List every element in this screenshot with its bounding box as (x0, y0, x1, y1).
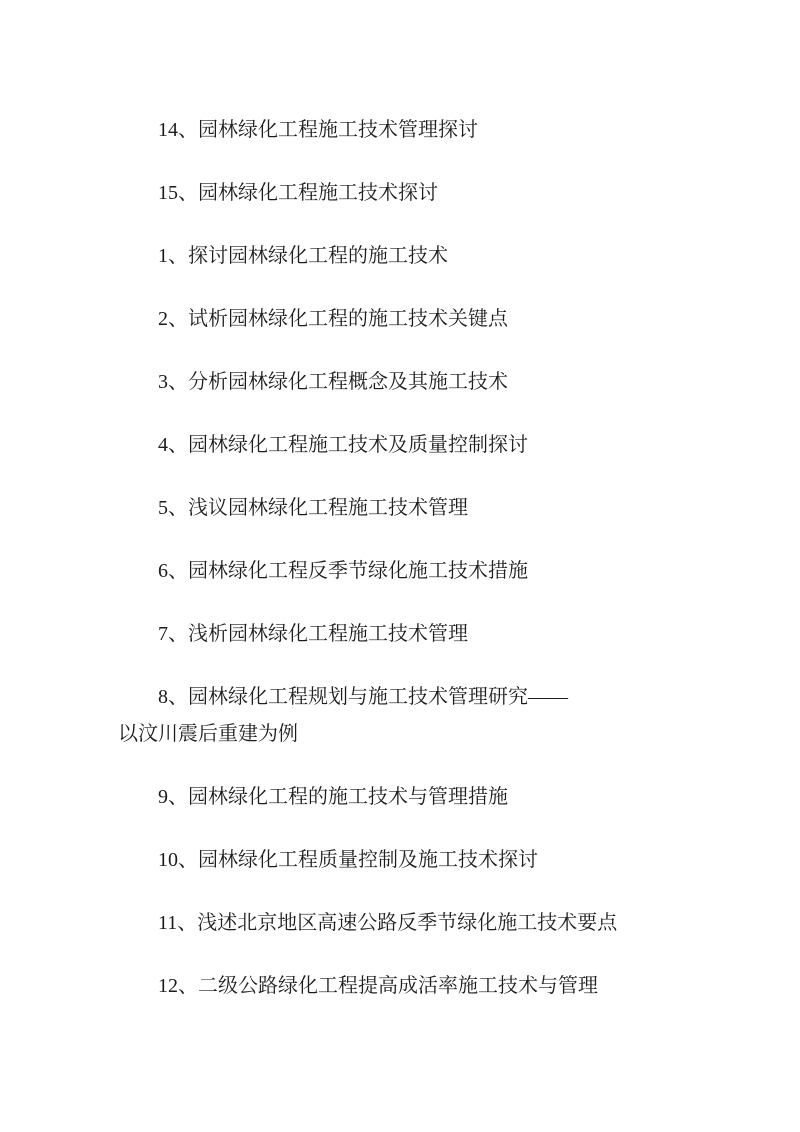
list-item-11: 11、浅述北京地区高速公路反季节绿化施工技术要点 (118, 905, 740, 942)
document-body: 14、园林绿化工程施工技术管理探讨 15、园林绿化工程施工技术探讨 1、探讨园林… (0, 0, 800, 1005)
list-item-5: 5、浅议园林绿化工程施工技术管理 (118, 490, 740, 527)
list-item-10: 10、园林绿化工程质量控制及施工技术探讨 (118, 842, 740, 879)
list-item-8-continuation: 以汶川震后重建为例 (118, 716, 740, 753)
list-item-4: 4、园林绿化工程施工技术及质量控制探讨 (118, 427, 740, 464)
document-page: 14、园林绿化工程施工技术管理探讨 15、园林绿化工程施工技术探讨 1、探讨园林… (0, 0, 800, 1132)
list-item-7: 7、浅析园林绿化工程施工技术管理 (118, 616, 740, 653)
list-item-6: 6、园林绿化工程反季节绿化施工技术措施 (118, 553, 740, 590)
list-item-2: 2、试析园林绿化工程的施工技术关键点 (118, 301, 740, 338)
list-item-3: 3、分析园林绿化工程概念及其施工技术 (118, 364, 740, 401)
list-item-15: 15、园林绿化工程施工技术探讨 (118, 175, 740, 212)
list-item-12: 12、二级公路绿化工程提高成活率施工技术与管理 (118, 968, 740, 1005)
list-item-8: 8、园林绿化工程规划与施工技术管理研究—— (118, 679, 740, 716)
list-item-14: 14、园林绿化工程施工技术管理探讨 (118, 112, 740, 149)
list-item-9: 9、园林绿化工程的施工技术与管理措施 (118, 779, 740, 816)
list-item-1: 1、探讨园林绿化工程的施工技术 (118, 238, 740, 275)
